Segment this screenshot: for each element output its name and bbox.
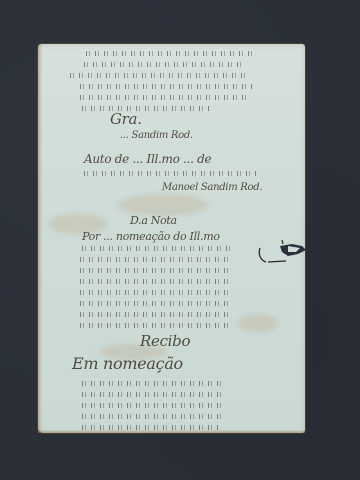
handwritten-line: ... ... ... ... (80, 103, 210, 114)
handwritten-line: ... ... ... ... ... ... de (78, 276, 233, 287)
signature-heading: Gra. (110, 110, 142, 128)
handwritten-line: Auto de ... Ill.mo ... de (84, 152, 211, 166)
torn-edge-icon (258, 240, 308, 266)
paragraph-heading: Em nomeação (72, 354, 183, 373)
handwritten-line: ... ... ... ... ... ... (78, 309, 233, 320)
handwritten-line: ... ... ... ... ... ... (78, 265, 232, 276)
handwritten-line: ...mente ... para ... (68, 70, 246, 81)
signature-name: Manoel Sandim Rod. (162, 182, 262, 193)
page-edge-wear (38, 44, 42, 433)
handwritten-line: ... ... ... ... ... ... (80, 411, 224, 422)
signature-heading: Recibo (140, 332, 190, 350)
stain (238, 314, 278, 332)
handwritten-line: V. S.a ... ... ... ... ... (78, 254, 230, 265)
handwritten-line: ... ... ... ... ... (78, 320, 228, 331)
handwritten-line: ... ... ... ... (78, 92, 248, 103)
handwritten-line: ... ... ... ... ... ... (80, 389, 224, 400)
handwritten-line: ... ... ... ... ... (80, 422, 220, 433)
handwritten-line: ... ... ... ... ... ... (78, 287, 228, 298)
stain (118, 194, 208, 216)
handwritten-line: ... ... ... ... ... ... (78, 298, 228, 309)
handwritten-line: ... ... ... ... ... ... (80, 378, 224, 389)
handwritten-line: ... ... ... ... ... ... (80, 400, 224, 411)
handwritten-line: Sr. ... de ... (82, 59, 246, 70)
handwritten-line: ... ... ... ... ... (82, 168, 258, 179)
signature-heading: D.a Nota (130, 214, 177, 227)
manuscript-page: Auto de ... ao Ill.mo Sr. ... de ... ...… (38, 44, 305, 433)
handwritten-line: Auto de ... ao Ill.mo (84, 48, 252, 59)
signature-name: ... Sandim Rod. (120, 130, 193, 141)
handwritten-line: ... ... ... (78, 81, 253, 92)
handwritten-line: ... ... ... ... ... de ... (80, 243, 230, 254)
handwritten-line: Por ... nomeação do Ill.mo (82, 230, 220, 243)
